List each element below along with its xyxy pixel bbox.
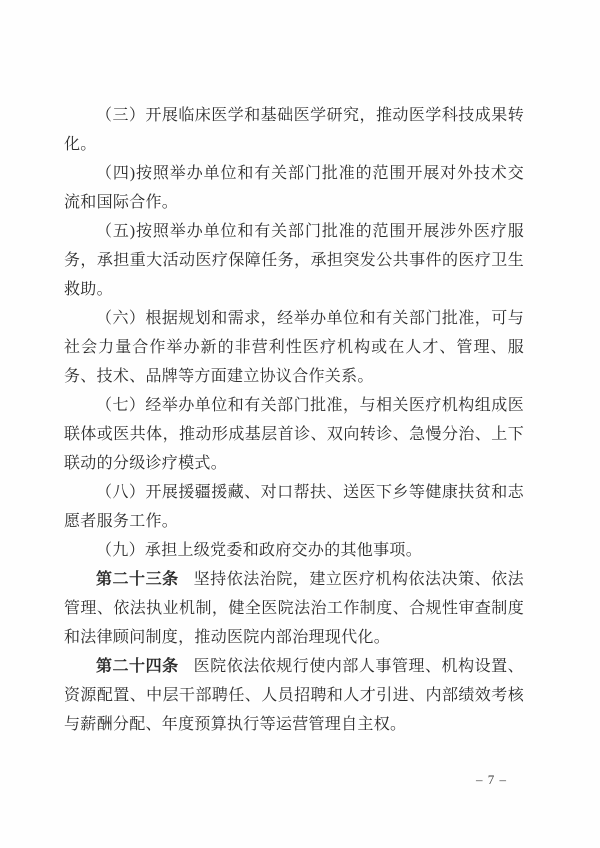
- clause-3: （三）开展临床医学和基础医学研究，推动医学科技成果转化。: [64, 101, 524, 159]
- clause-9: （九）承担上级党委和政府交办的其他事项。: [64, 536, 524, 565]
- article-23: 第二十三条坚持依法治院，建立医疗机构依法决策、依法管理、依法执业机制，健全医院法…: [64, 565, 524, 652]
- document-body: （三）开展临床医学和基础医学研究，推动医学科技成果转化。 （四)按照举办单位和有…: [64, 101, 524, 739]
- article-24: 第二十四条医院依法依规行使内部人事管理、机构设置、资源配置、中层干部聘任、人员招…: [64, 652, 524, 739]
- clause-6-text: （六）根据规划和需求，经举办单位和有关部门批准，可与社会力量合作举办新的非营利性…: [64, 310, 524, 385]
- clause-5-text: （五)按照举办单位和有关部门批准的范围开展涉外医疗服务，承担重大活动医疗保障任务…: [64, 223, 524, 298]
- clause-7: （七）经举办单位和有关部门批准，与相关医疗机构组成医联体或医共体，推动形成基层首…: [64, 391, 524, 478]
- clause-8: （八）开展援疆援藏、对口帮扶、送医下乡等健康扶贫和志愿者服务工作。: [64, 478, 524, 536]
- clause-3-text: （三）开展临床医学和基础医学研究，推动医学科技成果转化。: [64, 107, 524, 153]
- clause-4: （四)按照举办单位和有关部门批准的范围开展对外技术交流和国际合作。: [64, 159, 524, 217]
- clause-7-text: （七）经举办单位和有关部门批准，与相关医疗机构组成医联体或医共体，推动形成基层首…: [64, 397, 524, 472]
- clause-5: （五)按照举办单位和有关部门批准的范围开展涉外医疗服务，承担重大活动医疗保障任务…: [64, 217, 524, 304]
- clause-6: （六）根据规划和需求，经举办单位和有关部门批准，可与社会力量合作举办新的非营利性…: [64, 304, 524, 391]
- article-23-label: 第二十三条: [96, 571, 179, 588]
- clause-8-text: （八）开展援疆援藏、对口帮扶、送医下乡等健康扶贫和志愿者服务工作。: [64, 484, 524, 530]
- article-24-label: 第二十四条: [96, 658, 179, 675]
- document-page: （三）开展临床医学和基础医学研究，推动医学科技成果转化。 （四)按照举办单位和有…: [0, 0, 600, 848]
- clause-9-text: （九）承担上级党委和政府交办的其他事项。: [96, 542, 422, 559]
- clause-4-text: （四)按照举办单位和有关部门批准的范围开展对外技术交流和国际合作。: [64, 165, 524, 211]
- page-number: – 7 –: [476, 771, 507, 788]
